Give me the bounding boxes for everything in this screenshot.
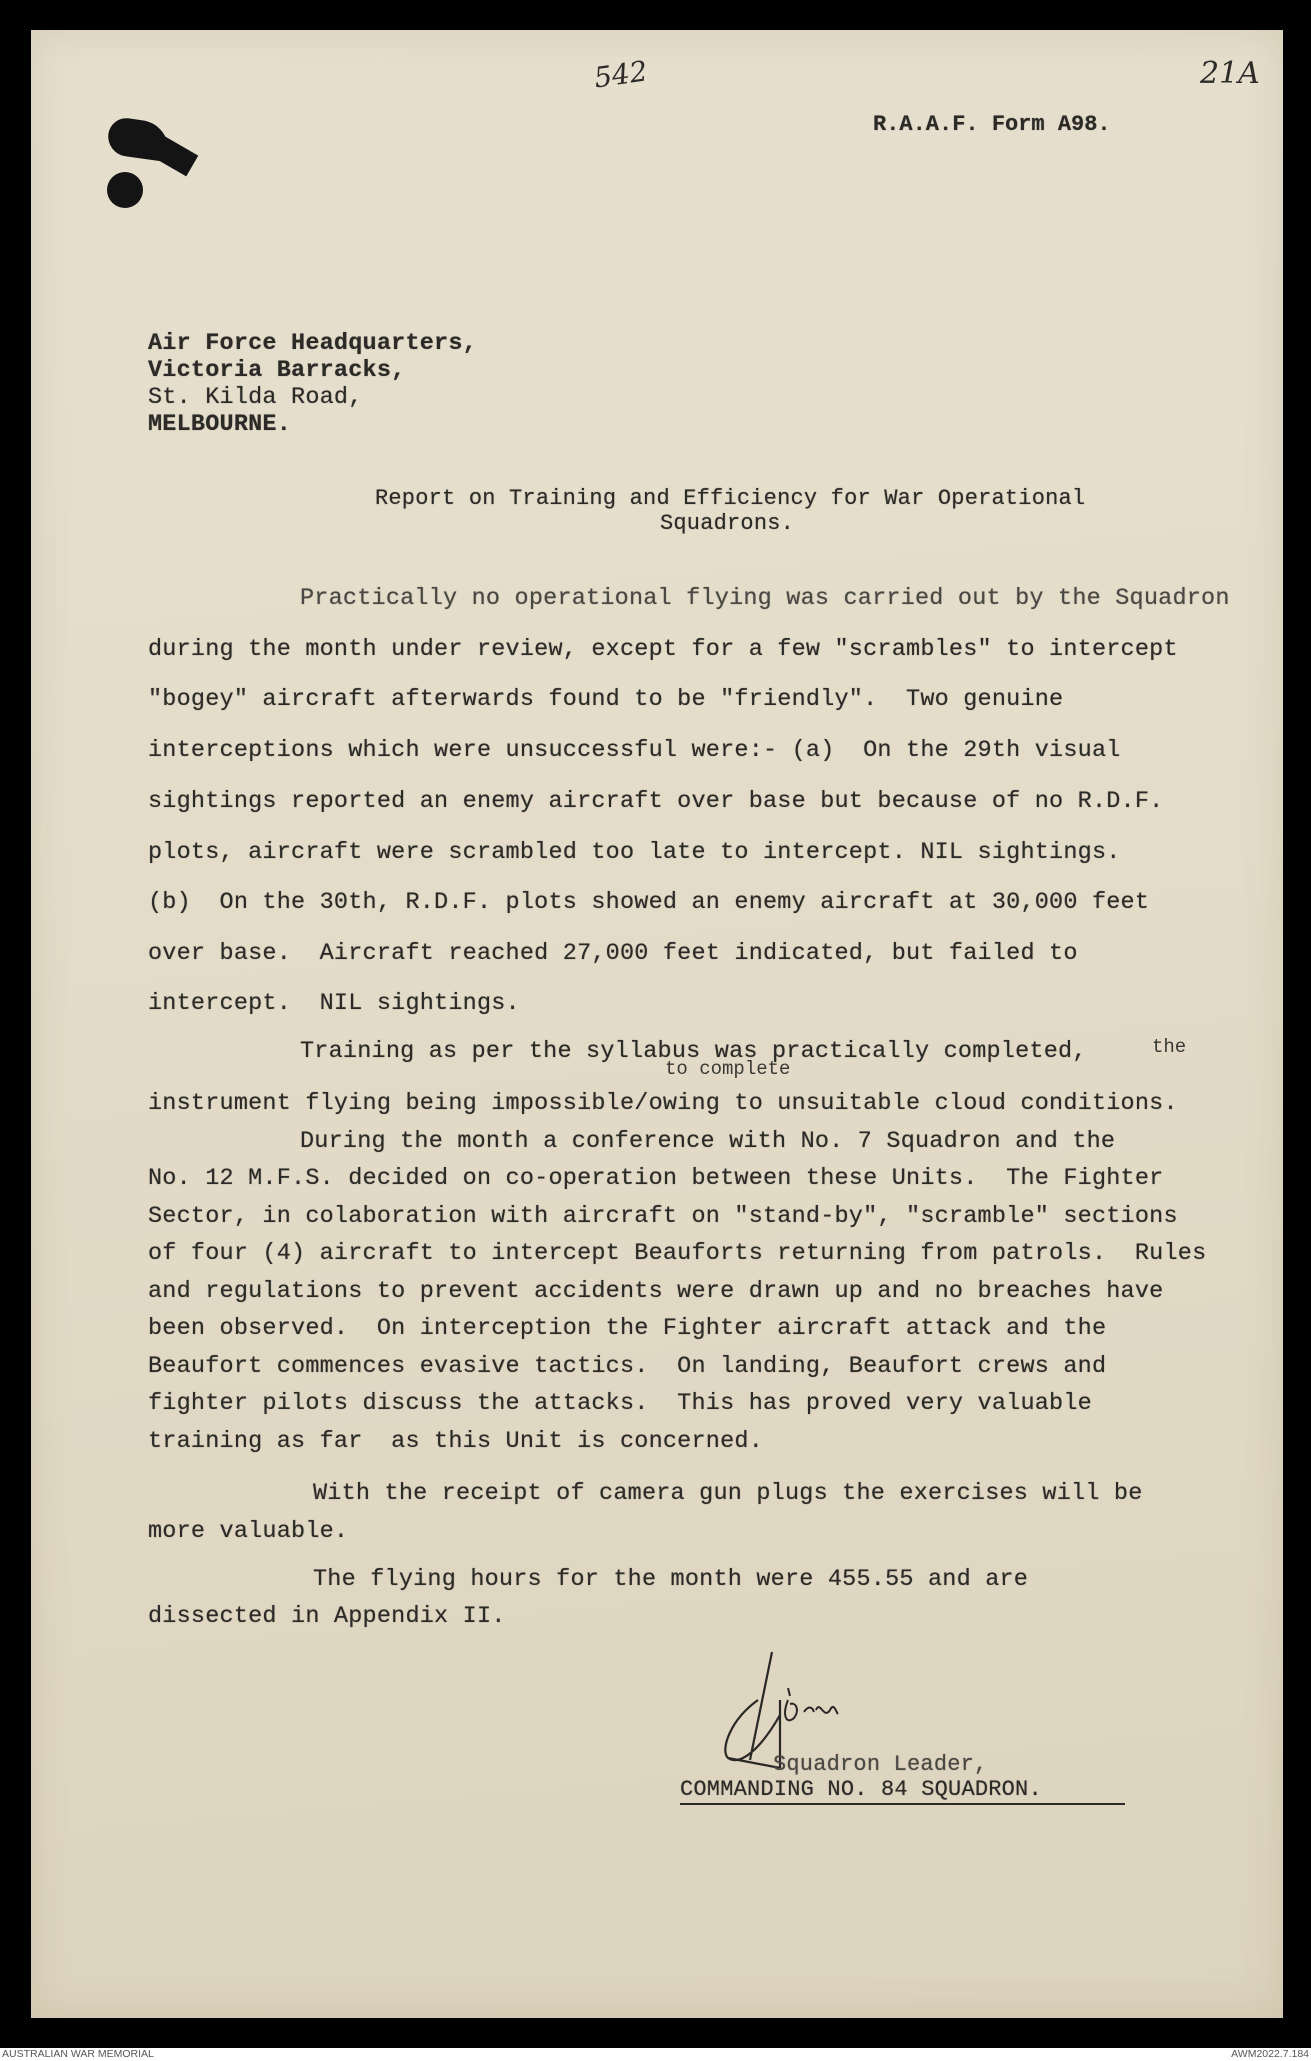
- body-line: During the month a conference with No. 7…: [300, 1128, 1115, 1155]
- body-line: and regulations to prevent accidents wer…: [148, 1278, 1163, 1305]
- signatory-rank: Squadron Leader,: [773, 1752, 987, 1777]
- footer-accession: AWM2022.7.184: [1231, 2048, 1309, 2061]
- body-line: interceptions which were unsuccessful we…: [148, 737, 1121, 764]
- typed-insert-to-complete: to complete: [665, 1058, 790, 1080]
- body-line: With the receipt of camera gun plugs the…: [313, 1480, 1143, 1507]
- body-line: dissected in Appendix II.: [148, 1603, 506, 1630]
- body-line: Sector, in colaboration with aircraft on…: [148, 1203, 1178, 1230]
- punch-hole-circle: [107, 172, 143, 208]
- report-title-cont: Squadrons.: [660, 511, 794, 536]
- body-line: during the month under review, except fo…: [148, 636, 1178, 663]
- body-line: over base. Aircraft reached 27,000 feet …: [148, 940, 1078, 967]
- body-line: instrument flying being impossible/owing…: [148, 1090, 1178, 1117]
- body-line: No. 12 M.F.S. decided on co-operation be…: [148, 1165, 1163, 1192]
- address-line: MELBOURNE.: [148, 411, 291, 438]
- body-line: intercept. NIL sightings.: [148, 990, 520, 1017]
- footer-bar: AUSTRALIAN WAR MEMORIAL AWM2022.7.184: [0, 2048, 1311, 2061]
- document-page: [31, 30, 1283, 2018]
- address-line: St. Kilda Road,: [148, 384, 363, 411]
- signature-underline: [680, 1803, 1125, 1805]
- report-title: Report on Training and Efficiency for Wa…: [375, 486, 1085, 511]
- body-line: more valuable.: [148, 1518, 348, 1545]
- footer-institution: AUSTRALIAN WAR MEMORIAL: [2, 2048, 154, 2061]
- form-number: R.A.A.F. Form A98.: [873, 112, 1111, 137]
- body-line: fighter pilots discuss the attacks. This…: [148, 1390, 1092, 1417]
- body-line: "bogey" aircraft afterwards found to be …: [148, 686, 1063, 713]
- signatory-unit: COMMANDING NO. 84 SQUADRON.: [680, 1777, 1042, 1802]
- body-line: been observed. On interception the Fight…: [148, 1315, 1106, 1342]
- body-line: Beaufort commences evasive tactics. On l…: [148, 1353, 1106, 1380]
- body-line: (b) On the 30th, R.D.F. plots showed an …: [148, 889, 1149, 916]
- body-line: sightings reported an enemy aircraft ove…: [148, 788, 1163, 815]
- typed-insert-the: the: [1152, 1036, 1186, 1058]
- body-line: training as far as this Unit is concerne…: [148, 1428, 763, 1455]
- address-line: Air Force Headquarters,: [148, 330, 477, 357]
- body-line: of four (4) aircraft to intercept Beaufo…: [148, 1240, 1206, 1267]
- body-line: Practically no operational flying was ca…: [300, 585, 1230, 612]
- body-line: The flying hours for the month were 455.…: [313, 1566, 1028, 1593]
- address-line: Victoria Barracks,: [148, 357, 405, 384]
- page-mark: 21A: [1200, 56, 1260, 91]
- body-line: plots, aircraft were scrambled too late …: [148, 839, 1121, 866]
